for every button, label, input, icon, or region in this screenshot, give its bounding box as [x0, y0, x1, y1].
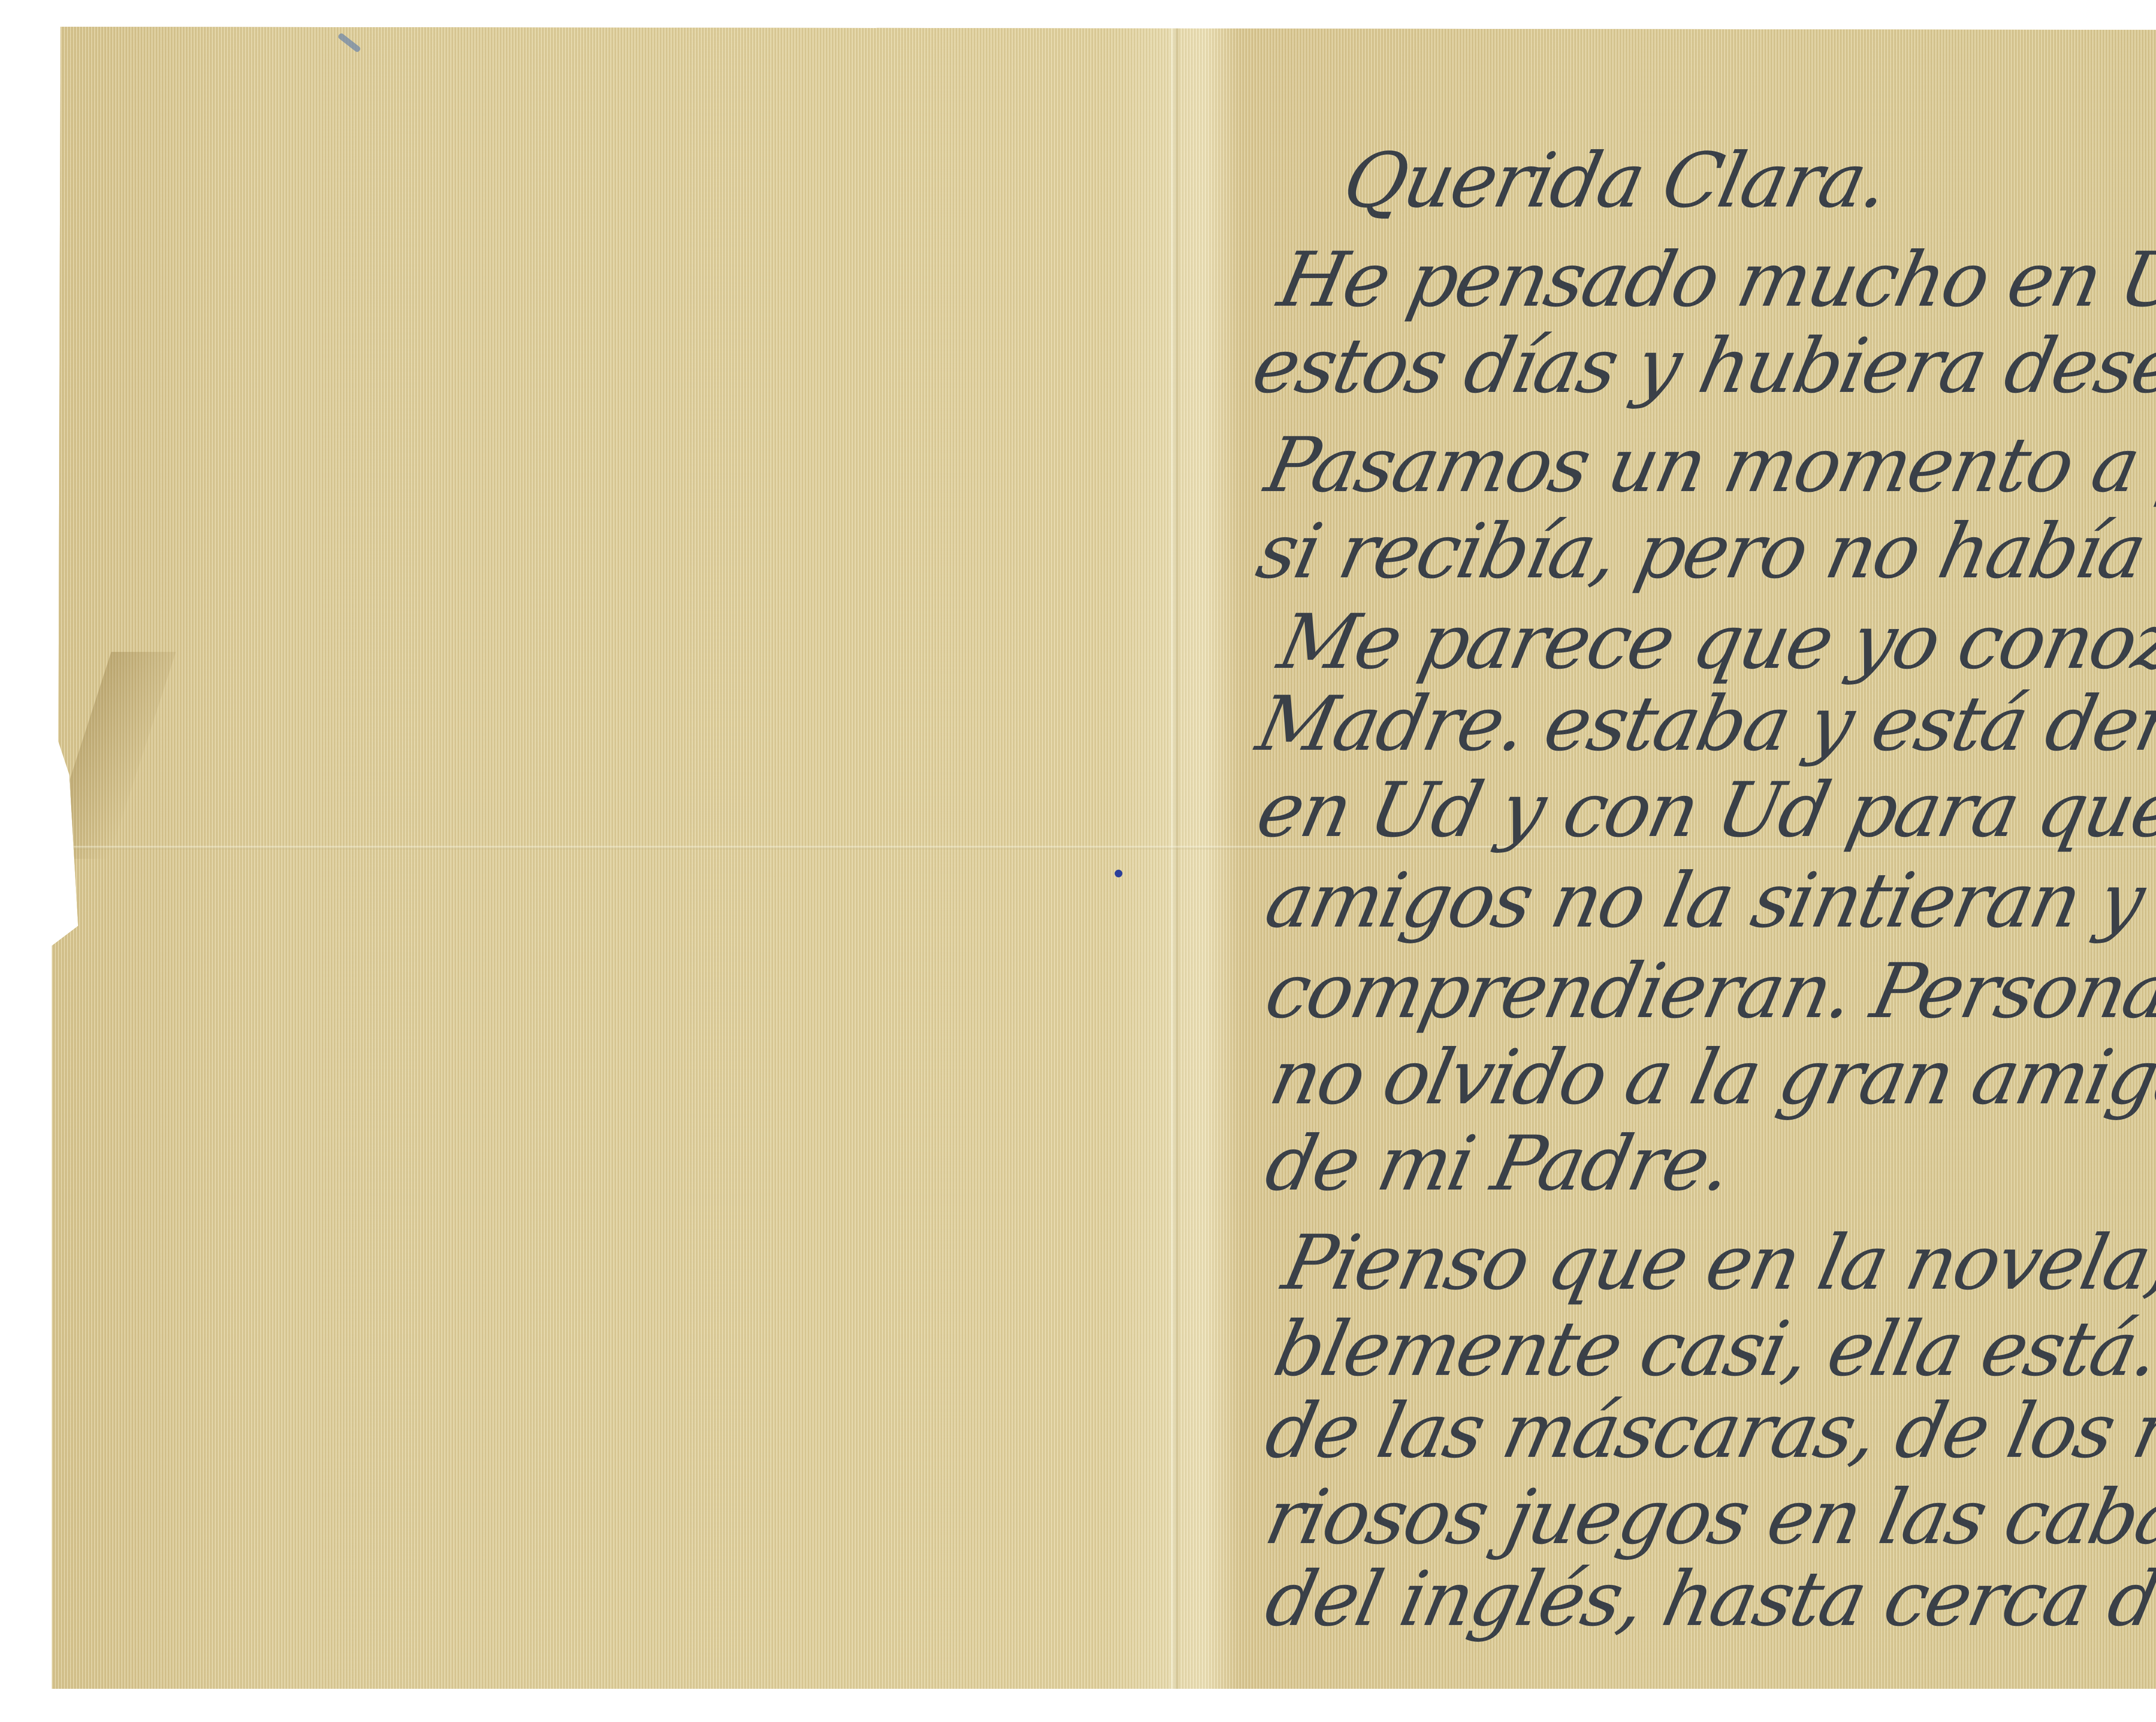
letter-line: de las máscaras, de los miste-	[1260, 1393, 2156, 1469]
letter-line: Pasamos un momento a preguntar	[1260, 428, 2156, 503]
center-fold	[1171, 27, 1178, 1689]
letter-line: amigos no la sintieran y	[1260, 863, 2149, 939]
ink-smudge	[337, 32, 361, 53]
letter-line: del inglés, hasta cerca del Soli-	[1260, 1562, 2156, 1637]
torn-crease	[44, 652, 176, 859]
salutation: Querida Clara.	[1337, 143, 1893, 219]
letter-line: Pienso que en la novela, invisi-	[1277, 1225, 2156, 1301]
letter-line: Me parece que yo conozco a su	[1272, 604, 2156, 680]
letter-line: comprendieran. Personalmente	[1260, 954, 2156, 1029]
letter-line: de mi Padre.	[1260, 1126, 1737, 1202]
right-page-letter: Querida Clara. He pensado mucho en Ud du…	[1242, 27, 2156, 1689]
letter-sheet: Querida Clara. He pensado mucho en Ud du…	[52, 27, 2156, 1689]
letter-line: no olvido a la gran amiga	[1264, 1040, 2156, 1115]
letter-line: riosos juegos en las caballeriza	[1260, 1480, 2156, 1555]
letter-line: He pensado mucho en Ud durante	[1272, 242, 2156, 318]
letter-line: en Ud y con Ud para que sus	[1251, 773, 2156, 848]
letter-line: estos días y hubiera deseado verla.	[1247, 329, 2156, 404]
letter-line: si recibía, pero no había nadie.	[1251, 514, 2156, 589]
ink-dot	[1115, 870, 1122, 877]
letter-line: blemente casi, ella está. Cerca	[1268, 1312, 2156, 1387]
letter-line: Madre. estaba y está demasiado	[1251, 686, 2156, 762]
